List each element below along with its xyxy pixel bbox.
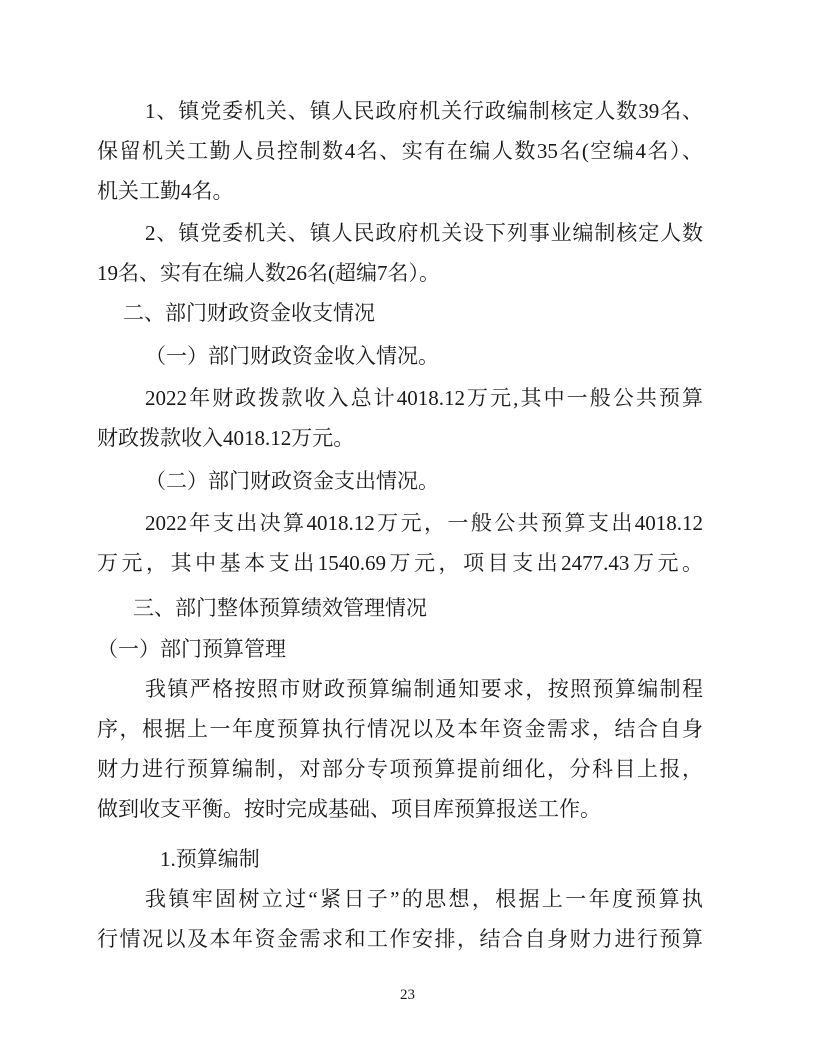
text-line: 保留机关工勤人员控制数4名、实有在编人数35名(空编4名）、 [97, 131, 703, 171]
heading-line: 二、部门财政资金收支情况 [97, 293, 703, 333]
heading-income: （一）部门财政资金收入情况。 [97, 336, 703, 376]
page-number: 23 [0, 985, 815, 1005]
text-line: 19名、实有在编人数26名(超编7名）。 [97, 253, 703, 293]
heading-line: 三、部门整体预算绩效管理情况 [97, 588, 703, 628]
heading-section-2: 二、部门财政资金收支情况 [97, 293, 703, 333]
text-line: 财力进行预算编制，对部分专项预算提前细化，分科目上报， [97, 749, 703, 789]
text-line: 2、镇党委机关、镇人民政府机关设下列事业编制核定人数 [97, 213, 703, 253]
text-line: 行情况以及本年资金需求和工作安排，结合自身财力进行预算 [97, 919, 703, 959]
paragraph-expenditure-detail: 2022年支出决算4018.12万元，一般公共预算支出4018.12 万元，其中… [97, 503, 703, 583]
text-line: 万元，其中基本支出1540.69万元，项目支出2477.43万元。 [97, 543, 703, 583]
paragraph-budget-management-detail: 我镇严格按照市财政预算编制通知要求，按照预算编制程 序，根据上一年度预算执行情况… [97, 669, 703, 829]
text-line: 做到收支平衡。按时完成基础、项目库预算报送工作。 [97, 789, 703, 829]
heading-budget-preparation: 1.预算编制 [97, 839, 703, 879]
text-line: 2022年支出决算4018.12万元，一般公共预算支出4018.12 [97, 503, 703, 543]
text-line: 1、镇党委机关、镇人民政府机关行政编制核定人数39名、 [97, 91, 703, 131]
heading-expenditure: （二）部门财政资金支出情况。 [97, 461, 703, 501]
heading-line: （二）部门财政资金支出情况。 [97, 461, 703, 501]
paragraph-admin-staffing: 1、镇党委机关、镇人民政府机关行政编制核定人数39名、 保留机关工勤人员控制数4… [97, 91, 703, 211]
text-line: 序，根据上一年度预算执行情况以及本年资金需求，结合自身 [97, 709, 703, 749]
heading-line: （一）部门财政资金收入情况。 [97, 336, 703, 376]
document-page: 1、镇党委机关、镇人民政府机关行政编制核定人数39名、 保留机关工勤人员控制数4… [0, 0, 815, 1055]
heading-budget-management: （一）部门预算管理 [97, 629, 703, 669]
paragraph-institution-staffing: 2、镇党委机关、镇人民政府机关设下列事业编制核定人数 19名、实有在编人数26名… [97, 213, 703, 293]
heading-section-3: 三、部门整体预算绩效管理情况 [97, 588, 703, 628]
paragraph-income-detail: 2022年财政拨款收入总计4018.12万元,其中一般公共预算 财政拨款收入40… [97, 378, 703, 458]
text-line: 机关工勤4名。 [97, 171, 703, 211]
text-line: 我镇严格按照市财政预算编制通知要求，按照预算编制程 [97, 669, 703, 709]
text-line: 2022年财政拨款收入总计4018.12万元,其中一般公共预算 [97, 378, 703, 418]
text-line: 财政拨款收入4018.12万元。 [97, 418, 703, 458]
paragraph-budget-preparation-detail: 我镇牢固树立过“紧日子”的思想，根据上一年度预算执 行情况以及本年资金需求和工作… [97, 879, 703, 959]
text-line: 我镇牢固树立过“紧日子”的思想，根据上一年度预算执 [97, 879, 703, 919]
heading-line: 1.预算编制 [97, 839, 703, 879]
heading-line: （一）部门预算管理 [97, 629, 703, 669]
